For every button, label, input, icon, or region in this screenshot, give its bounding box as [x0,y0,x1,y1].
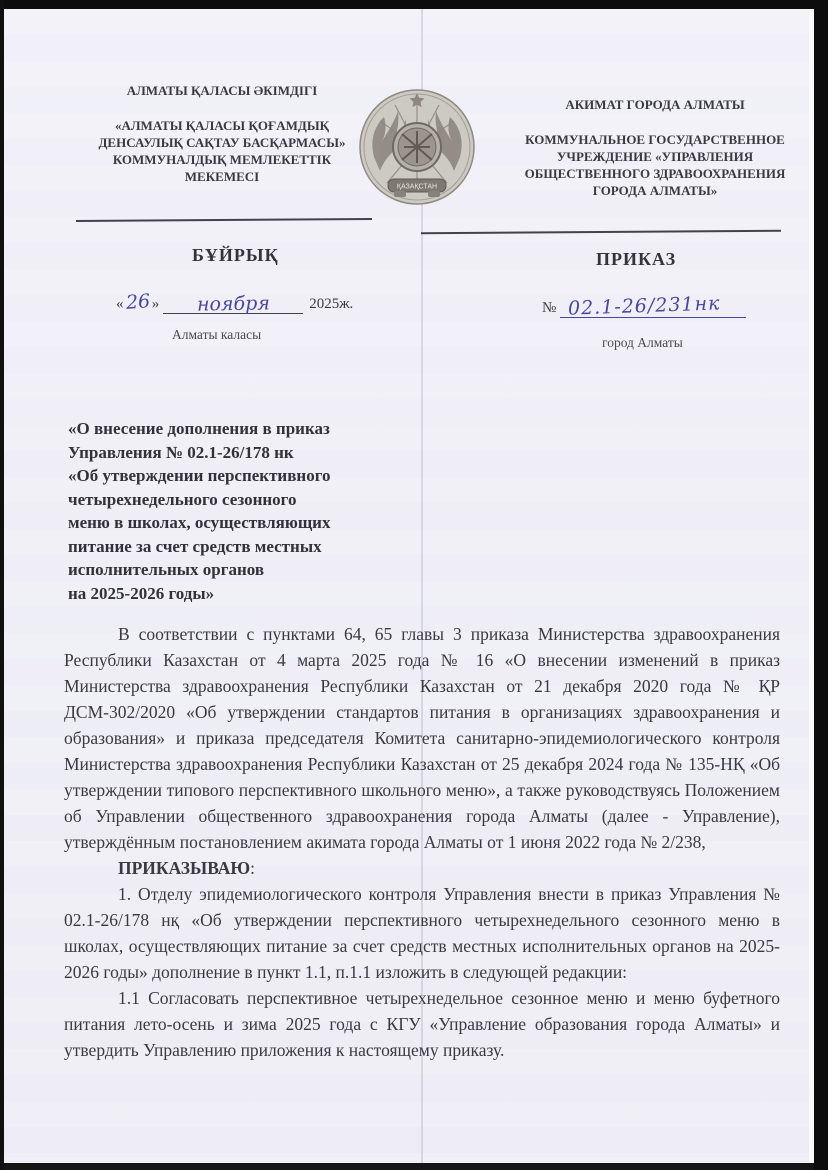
document-body: В соответствии с пунктами 64, 65 главы 3… [64,621,780,1063]
header-org-russian: АКИМАТ ГОРОДА АЛМАТЫ КОММУНАЛЬНОЕ ГОСУДА… [500,96,810,199]
title-line: Управления № 02.1-26/178 нк [68,441,458,465]
order-number-row: № 02.1-26/231нк [542,295,746,318]
body-paragraph-preamble: В соответствии с пунктами 64, 65 главы 3… [64,621,780,855]
title-line: меню в школах, осуществляющих [68,511,458,535]
date-year: 2025ж. [309,296,353,312]
place-kazakh: Алматы каласы [172,327,261,343]
title-line: на 2025-2026 годы» [68,582,458,606]
org-name-kk-line2: «АЛМАТЫ ҚАЛАСЫ ҚОҒАМДЫҚ ДЕНСАУЛЫҚ САҚТАУ… [74,117,370,185]
org-name-ru-line2: КОММУНАЛЬНОЕ ГОСУДАРСТВЕННОЕ УЧРЕЖДЕНИЕ … [500,131,810,199]
date-close-quote: » [152,296,160,312]
emblem-caption: ҚАЗАҚСТАН [397,184,437,191]
handwritten-order-number: 02.1-26/231нк [568,292,721,319]
title-line: «Об утверждении перспективного [68,464,458,488]
title-line: «О внесение дополнения в приказ [68,417,458,441]
number-sign: № [542,300,556,316]
document-page: АЛМАТЫ ҚАЛАСЫ ӘКІМДІГІ «АЛМАТЫ ҚАЛАСЫ ҚО… [4,9,814,1163]
body-paragraph-item1: 1. Отделу эпидемиологического контроля У… [64,881,780,985]
org-name-ru-line1: АКИМАТ ГОРОДА АЛМАТЫ [500,96,810,113]
order-date-row: «26»ноября2025ж. [116,291,353,314]
scan-border-bottom [0,1163,828,1170]
place-russian: город Алматы [602,335,683,351]
scan-border-top [0,0,828,9]
order-heading-kazakh: БҰЙРЫҚ [192,245,279,266]
scan-border-left [0,0,4,1170]
header-divider-left [76,218,372,222]
order-heading-russian: ПРИКАЗ [596,249,676,270]
kazakhstan-coat-of-arms-icon: ҚАЗАҚСТАН [354,87,480,213]
scan-border-right [814,0,828,1170]
date-open-quote: « [116,296,124,312]
handwritten-day: 26 [125,290,151,314]
header-divider-right [421,230,781,235]
document-title: «О внесение дополнения в приказ Управлен… [68,417,458,605]
scanned-document: АЛМАТЫ ҚАЛАСЫ ӘКІМДІГІ «АЛМАТЫ ҚАЛАСЫ ҚО… [0,0,828,1170]
body-paragraph-item1-1: 1.1 Согласовать перспективное четырехнед… [64,985,780,1063]
title-line: исполнительных органов [68,558,458,582]
org-name-kk-line1: АЛМАТЫ ҚАЛАСЫ ӘКІМДІГІ [74,82,370,99]
handwritten-month: ноября [197,292,270,315]
title-line: питание за счет средств местных [68,535,458,559]
header-org-kazakh: АЛМАТЫ ҚАЛАСЫ ӘКІМДІГІ «АЛМАТЫ ҚАЛАСЫ ҚО… [74,82,370,185]
body-prikaz-word: ПРИКАЗЫВАЮ: [64,855,780,881]
title-line: четырехнедельного сезонного [68,488,458,512]
